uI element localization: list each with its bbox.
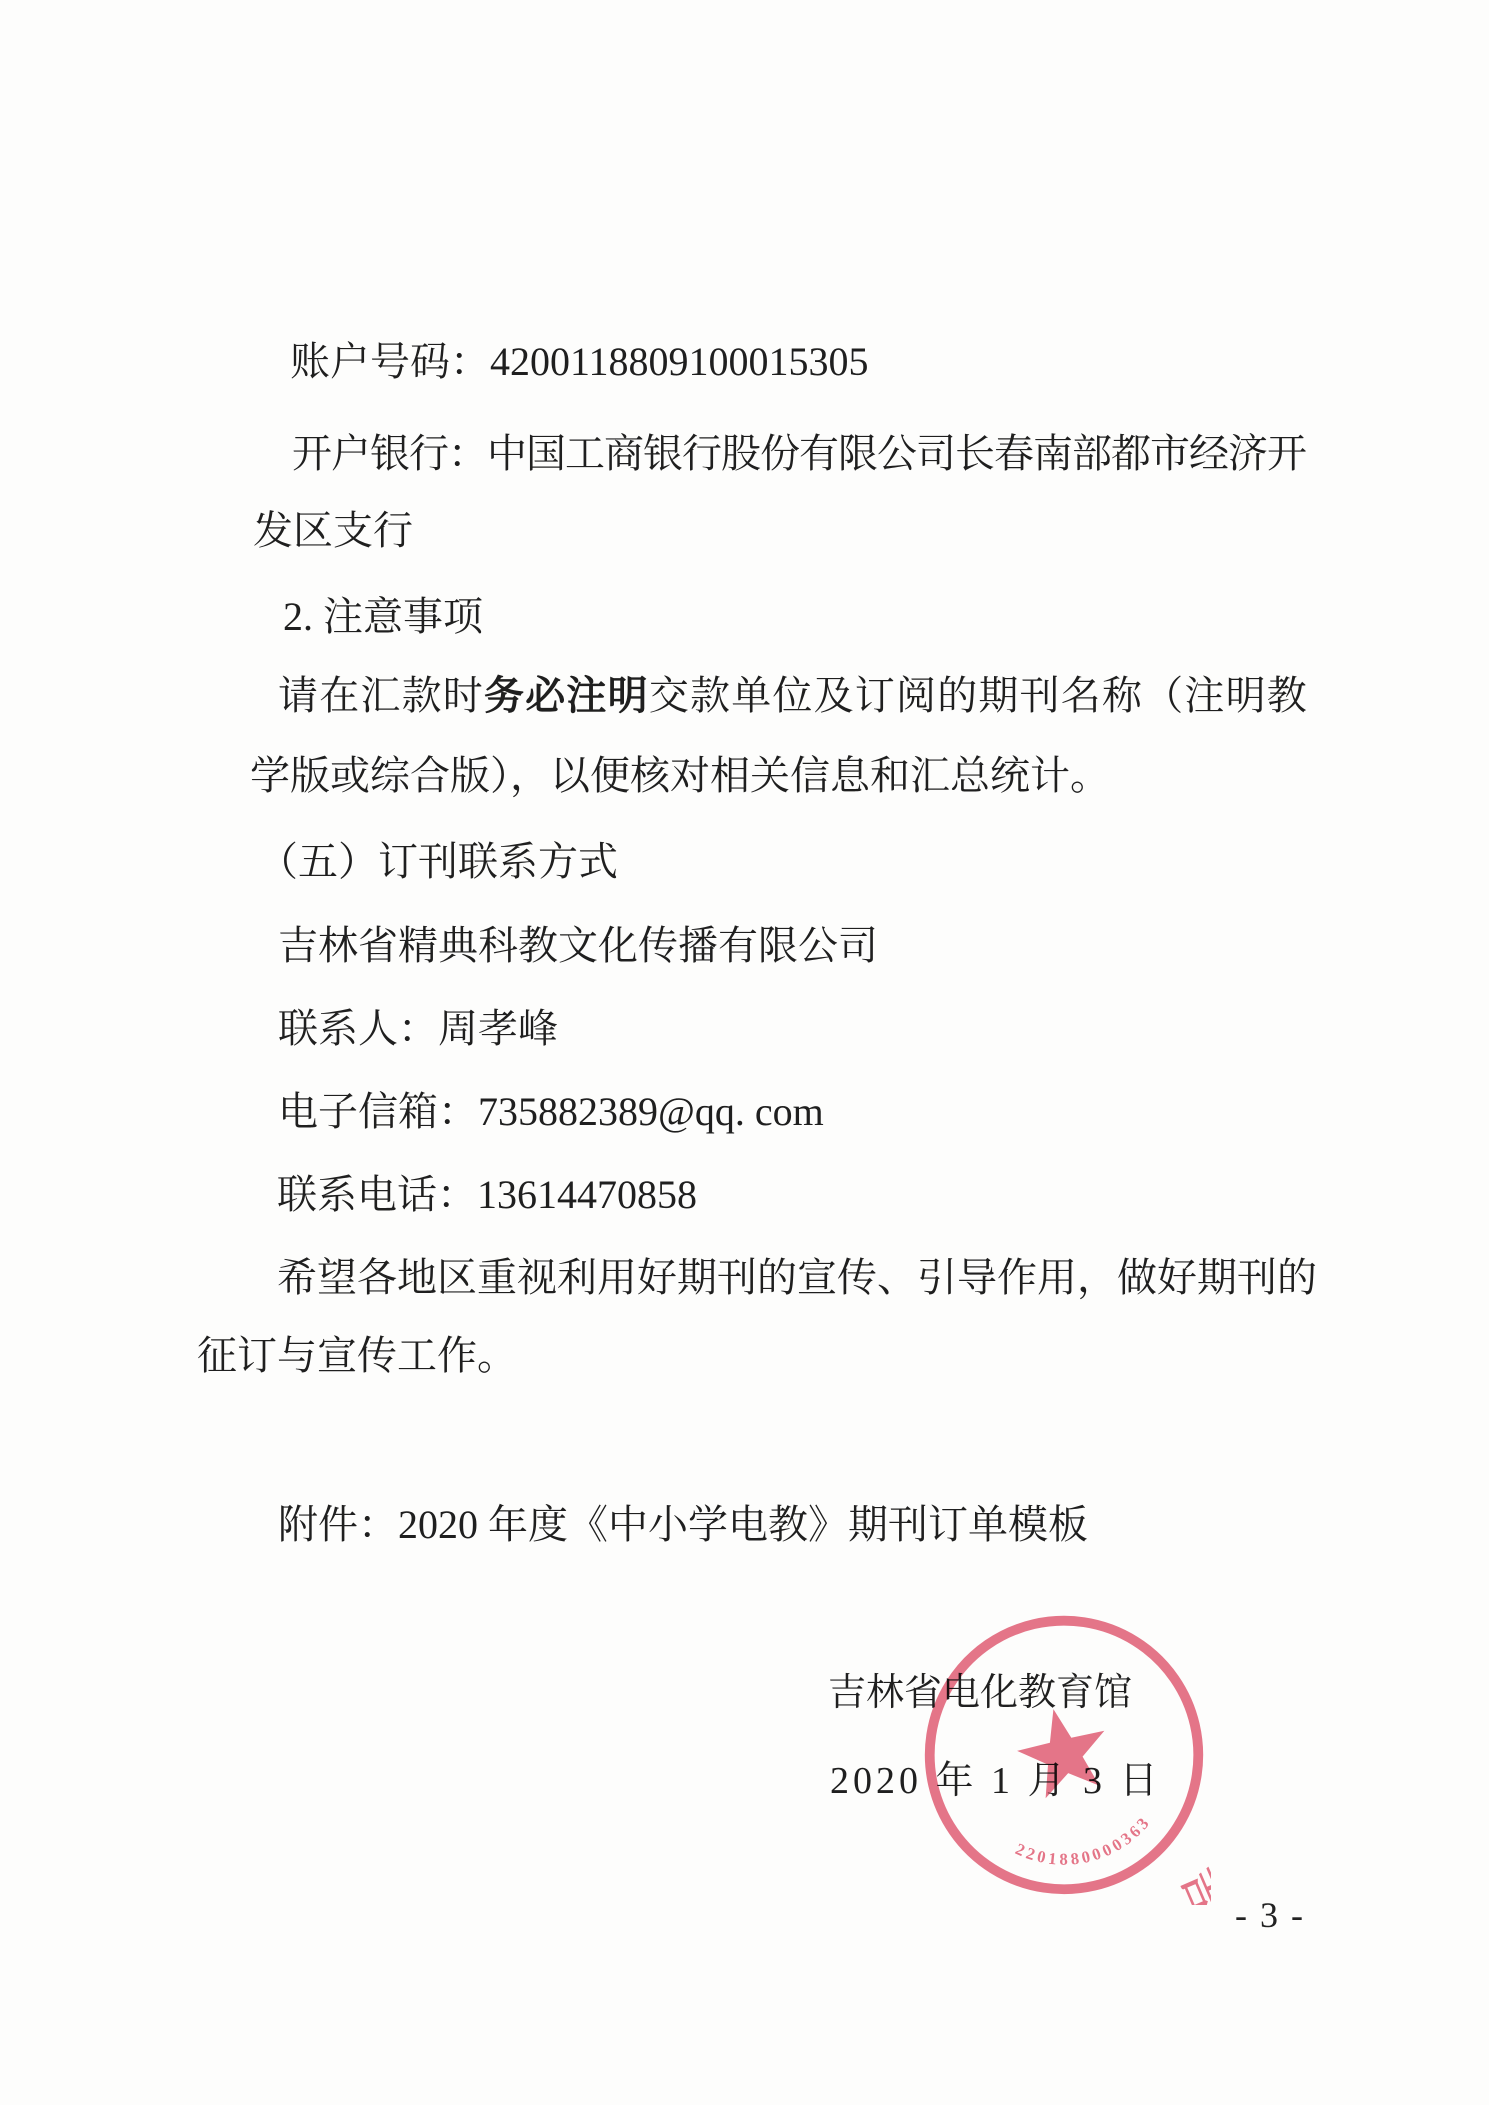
notice-continuation-line: 学版或综合版），以便核对相关信息和汇总统计。	[250, 753, 1110, 799]
email-line: 电子信箱：735882389@qq. com	[278, 1089, 824, 1135]
signature-date-line: 2020 年 1 月 3 日	[830, 1760, 1162, 1804]
seal-serial-number: 2201880000363	[1009, 1809, 1161, 1882]
page-number: - 3 -	[1235, 1895, 1305, 1936]
signature-organization-line: 吉林省电化教育馆	[828, 1672, 1132, 1716]
seal-outer-ring	[917, 1601, 1211, 1905]
notice-suffix-text: 交款单位及订阅的期刊名称（注明教	[649, 673, 1308, 718]
official-seal: 吉林省电化教育馆 2201880000363	[917, 1601, 1211, 1905]
company-name-line: 吉林省精典科教文化传播有限公司	[278, 923, 878, 969]
closing-paragraph-line: 希望各地区重视利用好期刊的宣传、引导作用，做好期刊的	[277, 1255, 1317, 1301]
svg-text:吉林省电化教育馆: 吉林省电化教育馆	[966, 1860, 1211, 1905]
closing-paragraph-continuation-line: 征订与宣传工作。	[197, 1333, 517, 1379]
seal-org-text: 吉林省电化教育馆	[966, 1860, 1211, 1905]
section-five-heading-line: （五）订刊联系方式	[258, 839, 618, 885]
scanned-document-page: 账户号码：4200118809100015305 开户银行：中国工商银行股份有限…	[0, 0, 1489, 2105]
bank-name-line: 开户银行：中国工商银行股份有限公司长春南部都市经济开	[292, 431, 1306, 477]
notes-heading-line: 2. 注意事项	[283, 594, 483, 640]
notice-prefix-text: 请在汇款时	[278, 673, 484, 718]
notice-bold-text: 务必注明	[484, 673, 649, 718]
attachment-line: 附件：2020 年度《中小学电教》期刊订单模板	[278, 1502, 1088, 1548]
svg-text:2201880000363: 2201880000363	[1009, 1809, 1161, 1882]
phone-line: 联系电话：13614470858	[277, 1172, 697, 1218]
remittance-notice-line: 请在汇款时务必注明交款单位及订阅的期刊名称（注明教	[278, 673, 1308, 719]
contact-person-line: 联系人：周孝峰	[278, 1006, 558, 1052]
account-number-line: 账户号码：4200118809100015305	[290, 339, 869, 385]
bank-name-continuation-line: 发区支行	[253, 508, 413, 554]
